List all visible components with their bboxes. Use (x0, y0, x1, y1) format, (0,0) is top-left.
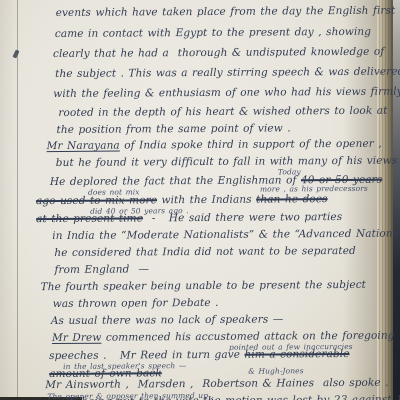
struck-out-text: than he does (256, 193, 328, 205)
handwritten-line: & Hugh-Jones (248, 365, 304, 377)
underlined-name: Mr Narayana (47, 140, 120, 153)
handwritten-line: Mr Ainsworth , Marsden , Robertson & Hai… (45, 377, 388, 391)
handwritten-text: the position from the same point of view… (56, 122, 290, 136)
handwritten-text: in India the “Moderate Nationalists” & t… (52, 227, 400, 242)
handwritten-line: the position from the same point of view… (56, 122, 290, 136)
handwritten-line: from England — (54, 263, 149, 276)
handwritten-text: he considered that India did not want to… (54, 245, 356, 259)
handwritten-text: events which have taken place from the d… (56, 5, 396, 19)
struck-out-text: at the present time (36, 212, 143, 225)
handwritten-text: rooted in the depth of his heart & wishe… (58, 105, 387, 119)
handwritten-line: rooted in the depth of his heart & wishe… (58, 105, 387, 119)
underlined-name: Mr Drew (52, 332, 102, 344)
handwritten-line: clearly that he had a thorough & undispu… (53, 46, 384, 60)
struck-out-text: him a considerable (244, 348, 349, 361)
handwritten-line: with the feeling & enthusiasm of one who… (53, 86, 400, 100)
handwritten-text: was thrown open for Debate . (53, 297, 219, 310)
handwritten-line: As usual there was no lack of speakers — (51, 313, 284, 327)
handwritten-text: clearly that he had a thorough & undispu… (53, 46, 384, 60)
handwritten-text: As usual there was no lack of speakers — (51, 313, 284, 327)
handwritten-line: in India the “Moderate Nationalists” & t… (52, 227, 400, 242)
handwritten-text: of India spoke third in support of the o… (120, 138, 382, 152)
handwritten-text: The fourth speaker being unable to be pr… (41, 279, 366, 293)
handwritten-line: came in contact with Egypt to the presen… (55, 26, 371, 40)
handwritten-text: Mr Ainsworth , Marsden , Robertson & Hai… (45, 377, 388, 391)
handwritten-line: he considered that India did not want to… (54, 245, 356, 259)
handwritten-line: Mr Narayana of India spoke third in supp… (47, 138, 382, 152)
handwritten-text: - He said there were two parties (143, 211, 342, 224)
handwritten-line: the subject . This was a really stirring… (55, 66, 400, 80)
handwritten-line: was thrown open for Debate . (53, 297, 219, 310)
handwritten-line: but he found it very difficult to fall i… (56, 155, 397, 169)
handwritten-line: events which have taken place from the d… (56, 5, 396, 19)
handwritten-text: but he found it very difficult to fall i… (56, 155, 397, 169)
handwritten-text: came in contact with Egypt to the presen… (55, 26, 371, 40)
handwritten-text: more , as his predecessors (260, 184, 368, 194)
notebook-photo: events which have taken place from the d… (0, 0, 400, 400)
handwritten-text: with the feeling & enthusiasm of one who… (53, 86, 400, 100)
handwritten-text: & Hugh-Jones (248, 366, 303, 375)
handwritten-text: from England — (54, 263, 149, 276)
handwritten-line: The fourth speaker being unable to be pr… (41, 279, 366, 293)
handwritten-text: the subject . This was a really stirring… (55, 66, 400, 80)
handwritten-line: at the present time - He said there were… (36, 211, 342, 225)
handwriting-layer: events which have taken place from the d… (0, 0, 400, 400)
